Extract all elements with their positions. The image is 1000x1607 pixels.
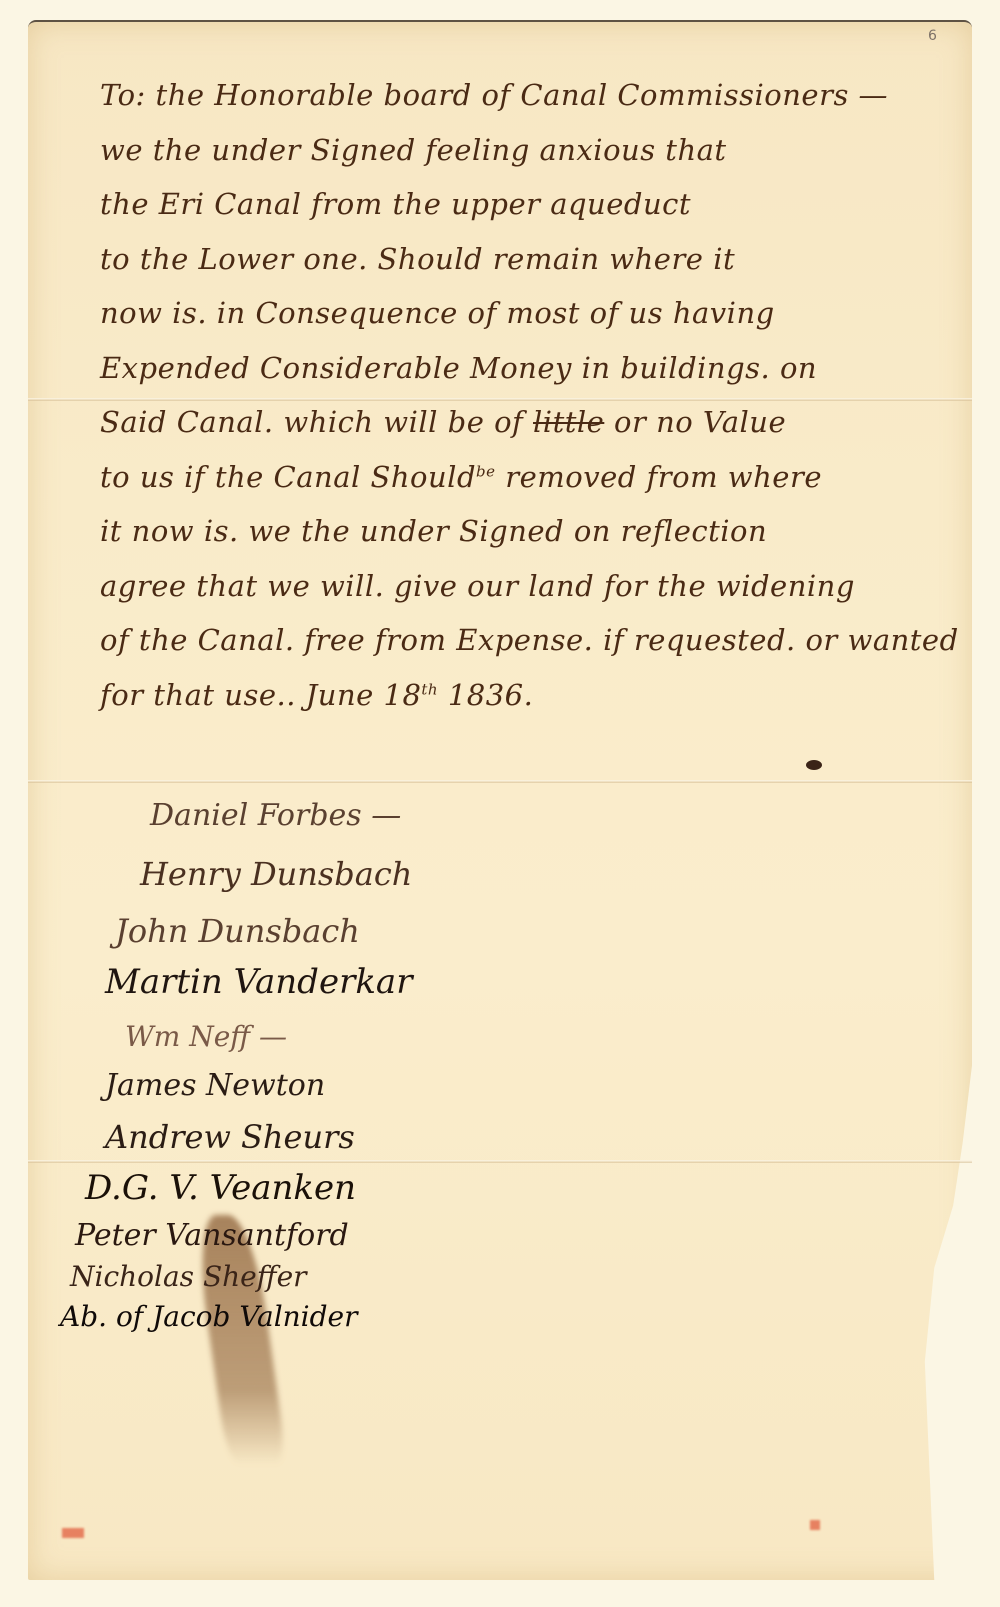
signature: James Newton [105, 1068, 325, 1103]
body-line: it now is. we the under Signed on reflec… [100, 504, 970, 559]
signature: Daniel Forbes — [150, 798, 401, 833]
body-text-segment: removed from where [505, 460, 822, 494]
body-line: Expended Considerable Money in buildings… [100, 341, 970, 396]
fold-line [28, 780, 972, 783]
body-text-segment: for that use.. June 18 [100, 678, 421, 712]
inserted-word: be [476, 462, 495, 480]
signature: D.G. V. Veanken [85, 1168, 356, 1208]
red-seal-mark [810, 1520, 820, 1530]
body-line: for that use.. June 18th 1836. [100, 668, 970, 723]
body-line: to us if the Canal Shouldbe removed from… [100, 450, 970, 505]
body-line: of the Canal. free from Expense. if requ… [100, 613, 970, 668]
signature: Martin Vanderkar [105, 962, 412, 1002]
signature: Peter Vansantford [75, 1218, 349, 1253]
ink-blot [806, 760, 822, 770]
page-number: 6 [928, 28, 937, 44]
body-line: the Eri Canal from the upper aqueduct [100, 177, 970, 232]
signature: Andrew Sheurs [105, 1118, 355, 1156]
signature: Ab. of Jacob Valnider [60, 1300, 358, 1333]
red-seal-mark [62, 1528, 84, 1538]
body-text-segment: Said Canal. which will be of [100, 405, 523, 439]
body-line: Said Canal. which will be of little or n… [100, 395, 970, 450]
body-line: To: the Honorable board of Canal Commiss… [100, 68, 970, 123]
signature: Henry Dunsbach [140, 855, 412, 893]
struck-word: little [533, 405, 604, 439]
body-line: to the Lower one. Should remain where it [100, 232, 970, 287]
body-text-segment: or no Value [614, 405, 786, 439]
petition-body: To: the Honorable board of Canal Commiss… [100, 68, 970, 722]
body-text-segment: to us if the Canal Should [100, 460, 476, 494]
fold-line [28, 1160, 972, 1163]
signature: Wm Neff — [125, 1020, 287, 1053]
body-line: agree that we will. give our land for th… [100, 559, 970, 614]
body-line: now is. in Consequence of most of us hav… [100, 286, 970, 341]
date-superscript: th [421, 680, 438, 698]
signature: Nicholas Sheffer [70, 1260, 307, 1293]
date-year: 1836. [448, 678, 534, 712]
body-line: we the under Signed feeling anxious that [100, 123, 970, 178]
signature: John Dunsbach [115, 912, 360, 950]
